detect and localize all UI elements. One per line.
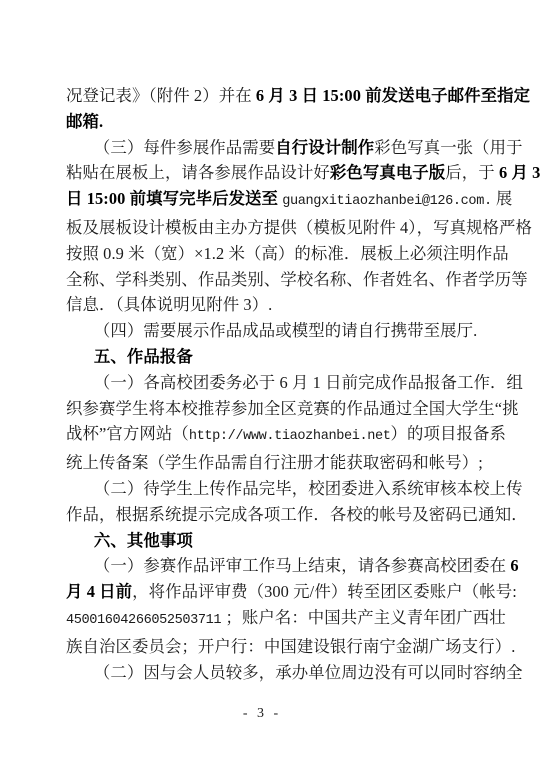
- text-line: 全称、学科类别、作品类别、学校名称、作者姓名、作者学历等: [66, 267, 480, 293]
- text-segment: （一）参赛作品评审工作马上结束，请各参赛高校团委在: [94, 556, 510, 575]
- text-segment: 统上传备案（学生作品需自行注册才能获取密码和帐号）;: [66, 453, 483, 472]
- text-line: （三）每件参展作品需要自行设计制作彩色写真一张（用于: [66, 135, 480, 161]
- text-segment: 族自治区委员会；开户行：中国建设银行南宁金湖广场支行）.: [66, 637, 515, 656]
- text-segment: 彩色写真一张（用于: [374, 138, 522, 157]
- text-segment: ）的项目报备系: [391, 424, 506, 443]
- text-segment: （一）各高校团委务必于 6 月 1 日前完成作品报备工作．组: [94, 373, 523, 392]
- document-body: 况登记表》（附件 2）并在 6 月 3 日 15:00 前发送电子邮件至指定邮箱…: [66, 83, 480, 685]
- text-segment: 6 月 3 日 15:00 前发送电子邮件至指定: [256, 86, 530, 105]
- text-segment: （三）每件参展作品需要: [94, 138, 275, 157]
- text-segment: 况登记表》（附件 2）并在: [66, 86, 256, 105]
- text-segment: 45001604266052503711: [66, 613, 221, 628]
- text-line: 战杯”官方网站（http://www.tiaozhanbei.net）的项目报备…: [66, 421, 480, 450]
- section-heading: 六、其他事项: [66, 528, 480, 554]
- text-segment: http://www.tiaozhanbei.net: [189, 429, 391, 444]
- text-segment: 全称、学科类别、作品类别、学校名称、作者姓名、作者学历等: [66, 270, 528, 289]
- text-line: 族自治区委员会；开户行：中国建设银行南宁金湖广场支行）.: [66, 634, 480, 660]
- text-segment: （二）待学生上传作品完毕，校团委进入系统审核本校上传: [94, 479, 523, 498]
- text-segment: 日 15:00 前填写完毕后发送至: [66, 189, 282, 208]
- text-line: （二）待学生上传作品完毕，校团委进入系统审核本校上传: [66, 476, 480, 502]
- page-number: - 3 -: [243, 706, 281, 721]
- text-segment: 板及展板设计模板由主办方提供（模板见附件 4），写真规格严格: [66, 218, 532, 237]
- text-segment: 自行设计制作: [275, 138, 374, 157]
- text-line: 信息．（具体说明见附件 3）.: [66, 292, 480, 318]
- text-segment: （二）因与会人员较多，承办单位周边没有可以同时容纳全: [94, 663, 523, 682]
- section-heading: 五、作品报备: [66, 344, 480, 370]
- page-footer: - 3 -: [0, 704, 524, 722]
- text-segment: 六、其他事项: [94, 531, 193, 550]
- text-line: 月 4 日前，将作品评审费（300 元/件）转至团区委账户（帐号:: [66, 579, 480, 605]
- text-line: （一）各高校团委务必于 6 月 1 日前完成作品报备工作．组: [66, 370, 480, 396]
- text-segment: ；账户名：中国共产主义青年团广西壮: [221, 608, 506, 627]
- text-line: 按照 0.9 米（宽）×1.2 米（高）的标准．展板上必须注明作品: [66, 241, 480, 267]
- text-segment: ，将作品评审费（300 元/件）转至团区委账户（帐号:: [132, 582, 517, 601]
- text-line: （二）因与会人员较多，承办单位周边没有可以同时容纳全: [66, 660, 480, 686]
- text-line: 况登记表》（附件 2）并在 6 月 3 日 15:00 前发送电子邮件至指定: [66, 83, 480, 109]
- text-segment: 6 月 3: [499, 163, 540, 182]
- text-line: 粘贴在展板上，请各参展作品设计好彩色写真电子版后，于 6 月 3: [66, 160, 480, 186]
- text-line: 日 15:00 前填写完毕后发送至 guangxitiaozhanbei@126…: [66, 186, 480, 215]
- text-line: 统上传备案（学生作品需自行注册才能获取密码和帐号）;: [66, 450, 480, 476]
- text-segment: 邮箱.: [66, 112, 103, 131]
- document-page: 况登记表》（附件 2）并在 6 月 3 日 15:00 前发送电子邮件至指定邮箱…: [0, 0, 546, 772]
- text-segment: 后，于: [445, 163, 499, 182]
- text-segment: （四）需要展示作品成品或模型的请自行携带至展厅.: [94, 321, 477, 340]
- text-segment: 战杯”官方网站（: [66, 424, 189, 443]
- text-segment: 信息．（具体说明见附件 3）.: [66, 295, 272, 314]
- text-line: 作品，根据系统提示完成各项工作．各校的帐号及密码已通知．: [66, 502, 480, 528]
- text-segment: 6: [510, 556, 518, 575]
- text-line: （四）需要展示作品成品或模型的请自行携带至展厅.: [66, 318, 480, 344]
- text-line: 织参赛学生将本校推荐参加全区竞赛的作品通过全国大学生“挑: [66, 396, 480, 422]
- text-segment: 粘贴在展板上，请各参展作品设计好: [66, 163, 330, 182]
- text-segment: 月 4 日前: [66, 582, 132, 601]
- text-line: 45001604266052503711 ；账户名：中国共产主义青年团广西壮: [66, 605, 480, 634]
- text-segment: 作品，根据系统提示完成各项工作．各校的帐号及密码已通知．: [66, 505, 528, 524]
- text-line: 板及展板设计模板由主办方提供（模板见附件 4），写真规格严格: [66, 215, 480, 241]
- text-line: 邮箱.: [66, 109, 480, 135]
- text-segment: 织参赛学生将本校推荐参加全区竞赛的作品通过全国大学生“挑: [66, 399, 519, 418]
- text-segment: 按照 0.9 米（宽）×1.2 米（高）的标准．展板上必须注明作品: [66, 244, 509, 263]
- text-segment: 彩色写真电子版: [330, 163, 445, 182]
- text-line: （一）参赛作品评审工作马上结束，请各参赛高校团委在 6: [66, 553, 480, 579]
- text-segment: guangxitiaozhanbei@126.com.: [282, 194, 491, 209]
- text-segment: 五、作品报备: [94, 347, 193, 366]
- text-segment: 展: [492, 189, 513, 208]
